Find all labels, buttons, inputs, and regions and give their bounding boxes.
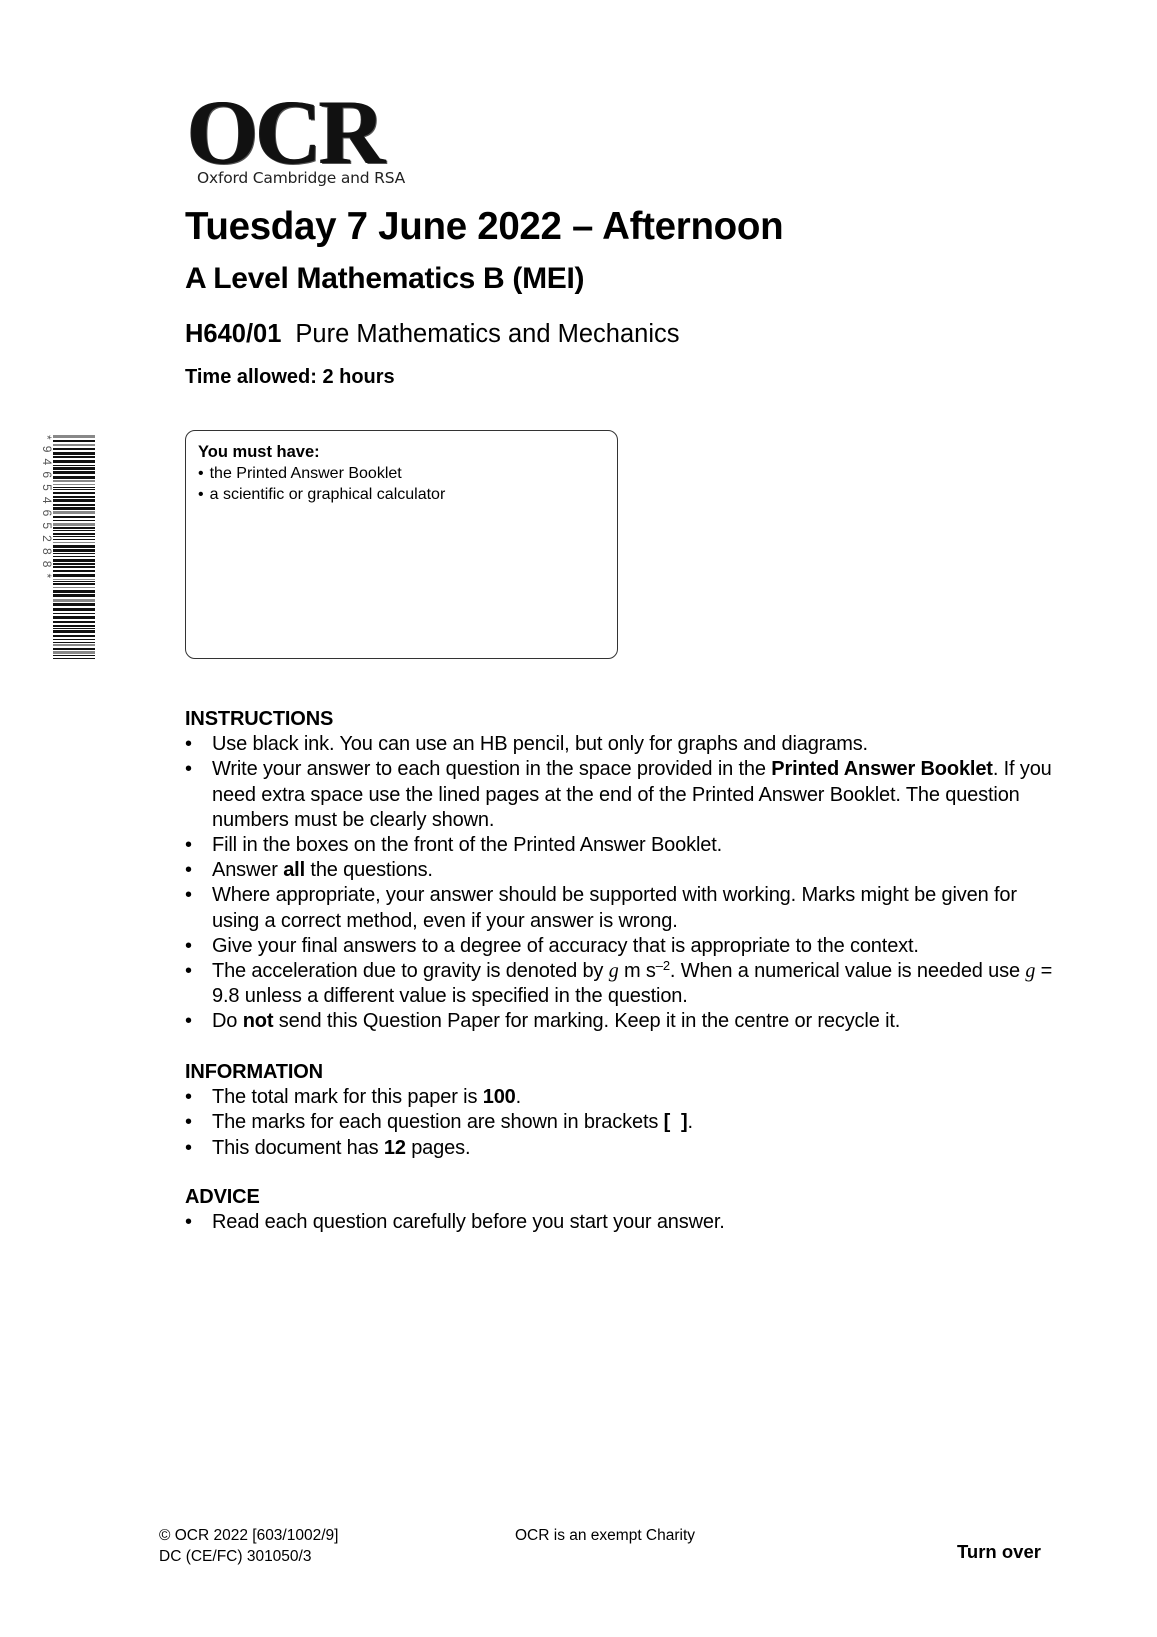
information-item: This document has 12 pages. bbox=[185, 1136, 1065, 1161]
information-section: INFORMATION The total mark for this pape… bbox=[185, 1060, 1065, 1161]
must-have-item: the Printed Answer Booklet bbox=[198, 463, 617, 484]
instruction-item: Use black ink. You can use an HB pencil,… bbox=[185, 732, 1065, 757]
advice-section: ADVICE Read each question carefully befo… bbox=[185, 1185, 1065, 1235]
exam-date-title: Tuesday 7 June 2022 – Afternoon bbox=[185, 205, 783, 249]
paper-code: H640/01 bbox=[185, 320, 281, 348]
must-have-box: You must have: the Printed Answer Bookle… bbox=[185, 430, 618, 659]
instructions-section: INSTRUCTIONS Use black ink. You can use … bbox=[185, 707, 1065, 1035]
charity-notice: OCR is an exempt Charity bbox=[515, 1525, 695, 1546]
document-reference: DC (CE/FC) 301050/3 bbox=[159, 1546, 338, 1567]
qualification-title: A Level Mathematics B (MEI) bbox=[185, 262, 584, 296]
instruction-item: Write your answer to each question in th… bbox=[185, 757, 1065, 833]
instruction-item: Give your final answers to a degree of a… bbox=[185, 934, 1065, 959]
copyright-text: © OCR 2022 [603/1002/9] bbox=[159, 1525, 338, 1546]
instruction-item: Answer all the questions. bbox=[185, 858, 1065, 883]
logo-mark: OCR bbox=[187, 86, 382, 178]
logo-subtitle: Oxford Cambridge and RSA bbox=[197, 169, 405, 187]
information-heading: INFORMATION bbox=[185, 1060, 1065, 1085]
instruction-item: Fill in the boxes on the front of the Pr… bbox=[185, 833, 1065, 858]
instructions-heading: INSTRUCTIONS bbox=[185, 707, 1065, 732]
ocr-logo: OCR Oxford Cambridge and RSA bbox=[187, 86, 427, 196]
instruction-item: Do not send this Question Paper for mark… bbox=[185, 1009, 1065, 1034]
must-have-heading: You must have: bbox=[198, 442, 617, 463]
paper-code-line: H640/01Pure Mathematics and Mechanics bbox=[185, 320, 680, 349]
barcode-icon bbox=[53, 435, 95, 659]
must-have-item: a scientific or graphical calculator bbox=[198, 484, 617, 505]
paper-name: Pure Mathematics and Mechanics bbox=[295, 320, 679, 348]
time-allowed: Time allowed: 2 hours bbox=[185, 366, 395, 389]
advice-heading: ADVICE bbox=[185, 1185, 1065, 1210]
barcode: *9465465288* bbox=[40, 435, 96, 659]
barcode-digits: *9465465288* bbox=[40, 435, 54, 659]
advice-item: Read each question carefully before you … bbox=[185, 1210, 1065, 1235]
turn-over-label: Turn over bbox=[957, 1541, 1041, 1563]
instruction-item: The acceleration due to gravity is denot… bbox=[185, 959, 1065, 1009]
information-item: The marks for each question are shown in… bbox=[185, 1110, 1065, 1135]
instruction-item: Where appropriate, your answer should be… bbox=[185, 883, 1065, 933]
footer-left: © OCR 2022 [603/1002/9] DC (CE/FC) 30105… bbox=[159, 1525, 338, 1567]
information-item: The total mark for this paper is 100. bbox=[185, 1085, 1065, 1110]
